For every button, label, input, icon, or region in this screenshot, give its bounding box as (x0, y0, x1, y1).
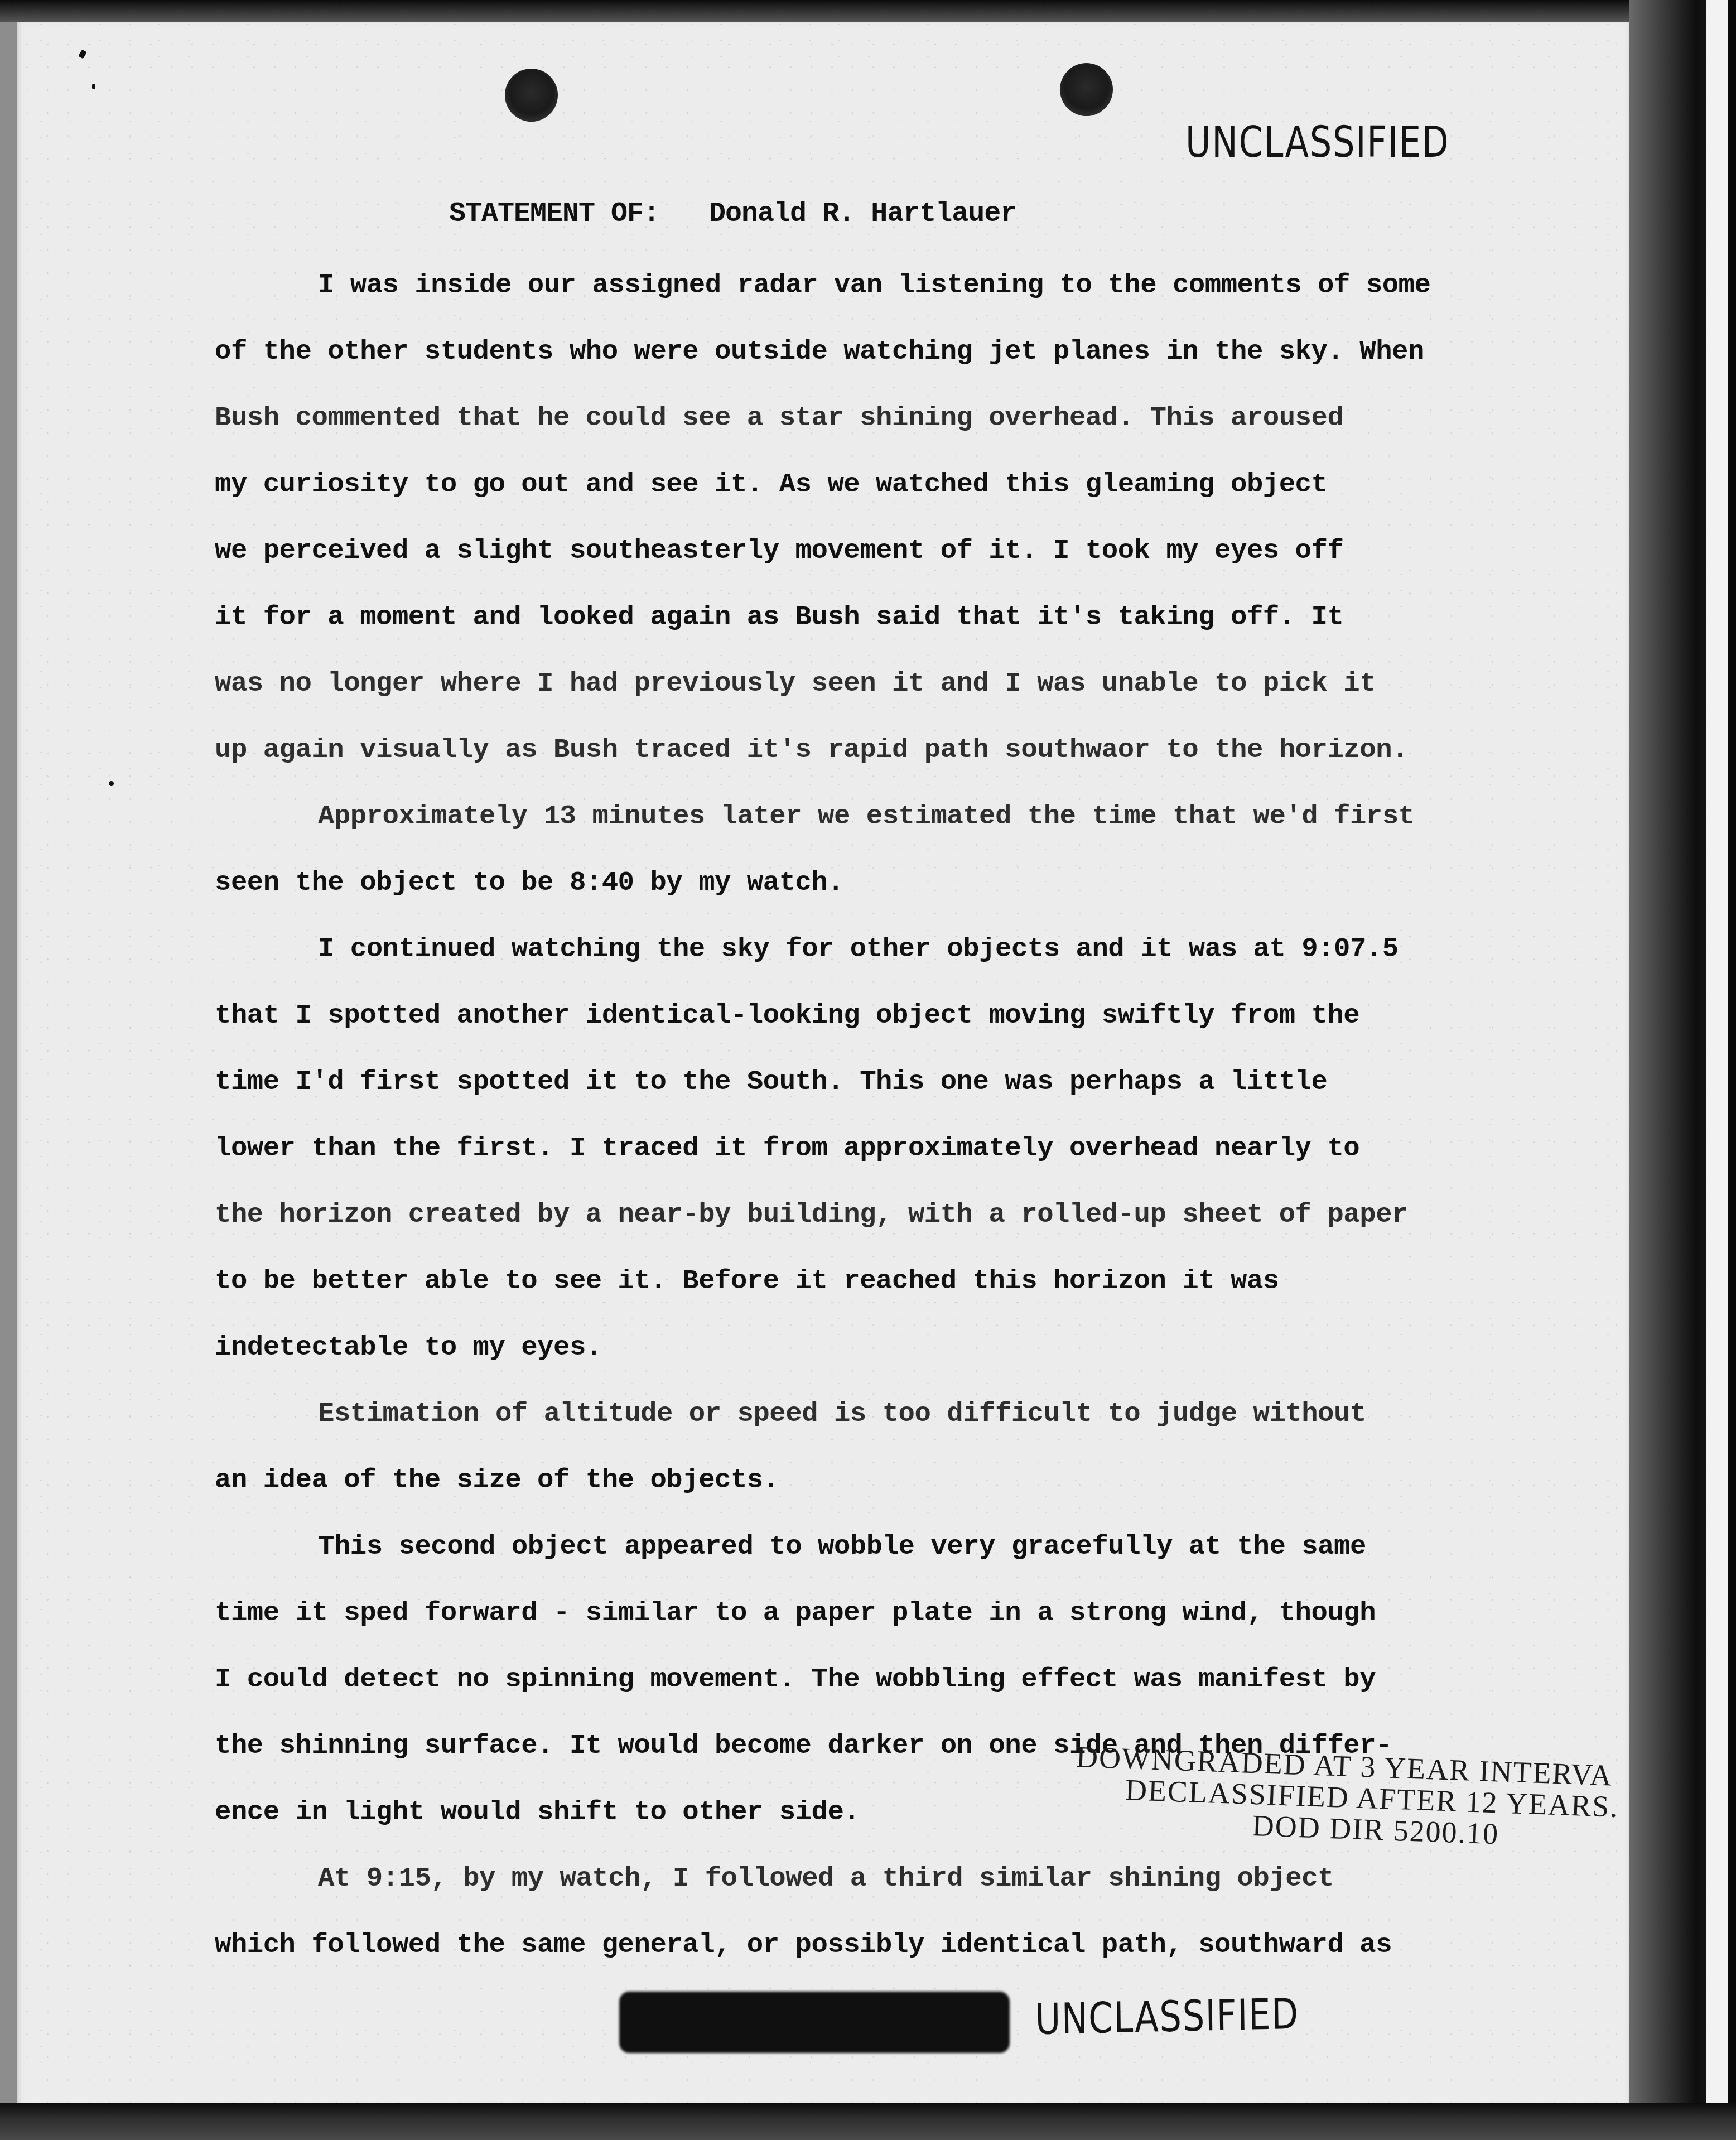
text-line: time it sped forward - similar to a pape… (215, 1580, 1542, 1646)
statement-label: STATEMENT OF: (449, 198, 659, 230)
classification-stamp-top: UNCLASSIFIED (1185, 117, 1449, 167)
text-line: an idea of the size of the objects. (215, 1447, 1542, 1514)
text-line: to be better able to see it. Before it r… (215, 1248, 1542, 1314)
text-line: my curiosity to go out and see it. As we… (215, 451, 1542, 518)
paragraph: I continued watching the sky for other o… (215, 916, 1542, 1381)
text-line: indetectable to my eyes. (215, 1314, 1542, 1381)
text-line: Estimation of altitude or speed is too d… (215, 1381, 1542, 1447)
text-line: lower than the first. I traced it from a… (215, 1115, 1542, 1182)
scan-bottom-edge (0, 2103, 1736, 2140)
text-line: This second object appeared to wobble ve… (215, 1514, 1542, 1580)
text-line: I could detect no spinning movement. The… (215, 1646, 1542, 1713)
scan-left-margin (0, 0, 17, 2140)
text-line: that I spotted another identical-looking… (215, 982, 1542, 1049)
text-line: I was inside our assigned radar van list… (215, 252, 1542, 319)
text-line: we perceived a slight southeasterly move… (215, 518, 1542, 584)
punch-hole-icon (505, 69, 558, 122)
scan-right-strip (1706, 0, 1728, 2140)
text-line: time I'd first spotted it to the South. … (215, 1049, 1542, 1115)
ink-speck (109, 781, 114, 786)
text-line: was no longer where I had previously see… (215, 650, 1542, 717)
declassification-stamp: DOWNGRADED AT 3 YEAR INTERVA DECLASSIFIE… (1073, 1742, 1620, 1853)
text-line: seen the object to be 8:40 by my watch. (215, 850, 1542, 916)
paragraph: I was inside our assigned radar van list… (215, 252, 1542, 783)
text-line: the horizon created by a near-by buildin… (215, 1182, 1542, 1248)
scan-right-shadow (1629, 0, 1713, 2140)
statement-body: STATEMENT OF: Donald R. Hartlauer I was … (215, 198, 1542, 1978)
paragraph: At 9:15, by my watch, I followed a third… (215, 1845, 1542, 1978)
scan-right-edge (1728, 0, 1736, 2140)
redaction-block (619, 1992, 1010, 2053)
text-line: it for a moment and looked again as Bush… (215, 584, 1542, 650)
text-line: up again visually as Bush traced it's ra… (215, 717, 1542, 783)
text-line: Bush commented that he could see a star … (215, 385, 1542, 451)
paragraph: Approximately 13 minutes later we estima… (215, 783, 1542, 916)
classification-stamp-bottom: UNCLASSIFIED (1035, 1989, 1300, 2044)
text-line: I continued watching the sky for other o… (215, 916, 1542, 982)
punch-hole-icon (1060, 63, 1113, 116)
text-line: which followed the same general, or poss… (215, 1912, 1542, 1978)
text-line: Approximately 13 minutes later we estima… (215, 783, 1542, 850)
text-line: At 9:15, by my watch, I followed a third… (215, 1845, 1542, 1912)
statement-heading: STATEMENT OF: Donald R. Hartlauer (449, 198, 1542, 230)
paragraph: Estimation of altitude or speed is too d… (215, 1381, 1542, 1514)
ink-speck (92, 84, 95, 89)
text-line: of the other students who were outside w… (215, 319, 1542, 385)
witness-name: Donald R. Hartlauer (709, 198, 1016, 230)
scan-top-edge (0, 0, 1736, 22)
